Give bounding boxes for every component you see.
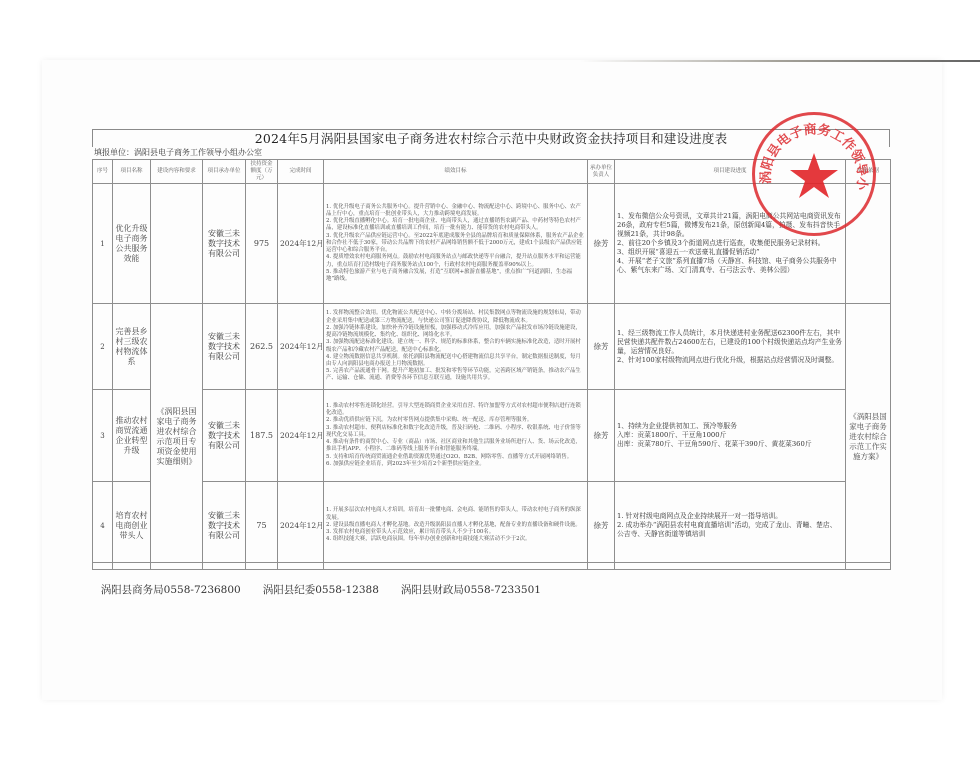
goal-item: 4. 提质增效农村电商服务网点。鼓励农村电商服务站点与邮政快递等平台融合，提升站… [326,254,585,268]
row-goals: 1. 推动农村零售连锁化经营。引导大型连锁商贸企业采用直营、特许加盟等方式对农村… [324,390,588,482]
goal-item: 4. 建立物流数据信息共享机制。依托涡阳县物流配送中心搭建物流信息共享平台，制定… [326,354,585,368]
table-row: 4培育农村电商创业带头人安徽三未数字技术有限公司752024年12月1. 开展多… [93,482,891,570]
header-goals: 绩效目标 [324,160,588,184]
progress-item: 1、发布微信公众号资讯，文章共计21篇，涡阳电商公共网站电商资讯发布26条，政府… [617,212,843,239]
progress-table: 序号 项目名称 建设内容和要求 项目承办单位 扶持资金额度（万元） 完成时间 绩… [92,159,891,570]
paper-fold-edge [580,60,980,62]
row-seq: 2 [93,304,113,390]
progress-item: 1、持续为企业提供初加工、预冷等服务 [617,422,843,431]
table-row: 3推动农村商贸流通企业转型升级安徽三未数字技术有限公司187.52024年12月… [93,390,891,482]
goal-item: 5. 推动特色旅游产业与电子商务融合发展，打造“互联网+旅游直播基地”，重点推广… [326,269,585,283]
row-goals: 1. 开展多层次农村电商人才培训。培育出一批懂电商、会电商、能销售的带头人，带动… [324,482,588,570]
progress-item: 4、开展“老子文旅”系列直播7场（天静宫、科技馆、电子商务公共服务中心、紫气东来… [617,257,843,275]
row-deadline: 2024年12月 [278,390,324,482]
row-project-name: 推动农村商贸流通企业转型升级 [113,390,151,482]
header-seq: 序号 [93,160,113,184]
document-title: 2024年5月涡阳县国家电子商务进农村综合示范中央财政资金扶持项目和建设进度表 [92,129,890,147]
goal-item: 1. 发挥物流整合效用。优化物流公共配送中心、中转分拨场站、村民集散网点等物流设… [326,310,585,324]
row-seq: 3 [93,390,113,482]
goal-item: 2. 优化升级直播孵化中心。培育一批电商企业、电商带头人，通过直播销售农副产品、… [326,218,585,232]
row-person: 徐芳 [588,184,615,304]
goal-item: 5. 完善农产品流通骨干网。提升产地初加工、批发和零售等环节功能，完善跨区域产销… [326,368,585,382]
row-progress: 1、经三级物流工作人员统计，本月快递进村业务配送62300件左右，其中民营快递共… [615,304,846,390]
goal-item: 1. 开展多层次农村电商人才培训。培育出一批懂电商、会电商、能销售的带头人，带动… [326,507,585,521]
row-unit: 安徽三未数字技术有限公司 [203,304,246,390]
row-deadline: 2024年12月 [278,482,324,570]
goal-item: 4. 推动有条件的商贸中心、专业（商品）市场、社区商业和其他生活服务业场所进行人… [326,439,585,453]
goal-item: 4. 组织技能大赛，活跃电商氛围。每年举办创业创新和电商技能大赛活动不少于2次。 [326,536,585,543]
row-requirement: 《涡阳县国家电子商务进农村综合示范项目专项资金使用实施细则》 [151,304,203,570]
row-project-name: 优化升级电子商务公共服务效能 [113,184,151,304]
goal-item: 1. 优化升级电子商务公共服务中心。提升营销中心、金融中心、物流配送中心、跨境中… [326,204,585,218]
table-header-row: 序号 项目名称 建设内容和要求 项目承办单位 扶持资金额度（万元） 完成时间 绩… [93,160,891,184]
row-goals: 1. 优化升级电子商务公共服务中心。提升营销中心、金融中心、物流配送中心、跨境中… [324,184,588,304]
row-project-name: 完善县乡村三级农村物流体系 [113,304,151,390]
goal-item: 3. 加强物流配送标准化建设。建立统一、科学、规范的标准体系，整合的车辆实施标准… [326,339,585,353]
header-requirement: 建设内容和要求 [151,160,203,184]
row-seq: 4 [93,482,113,570]
row-amount: 75 [246,482,278,570]
contact-discipline-commission: 涡阳县纪委0558-12388 [263,584,379,596]
row-amount: 262.5 [246,304,278,390]
row-deadline: 2024年12月 [278,184,324,304]
header-project-name: 项目名称 [113,160,151,184]
row-project-name: 培育农村电商创业带头人 [113,482,151,570]
row-progress: 1、发布微信公众号资讯，文章共计21篇，涡阳电商公共网站电商资讯发布26条，政府… [615,184,846,304]
row-seq: 1 [93,184,113,304]
header-progress: 项目建设进度 [615,160,846,184]
row-requirement-empty [151,184,203,304]
goal-item: 3. 优化升级农产品供应链运营中心。至2022年底建成服务全县的品牌培育和质量保… [326,233,585,255]
row-progress: 1、持续为企业提供初加工、预冷等服务入库：贡菜1800斤、干豆角1000斤出库：… [615,390,846,482]
goal-item: 2. 建设县级直播电商人才孵化基地。改造升级涡阳县直播人才孵化基地，配备专业的直… [326,522,585,529]
contact-commerce-bureau: 涡阳县商务局0558-7236800 [101,584,241,596]
contact-finance-bureau: 涡阳县财政局0558-7233501 [401,584,541,596]
goal-item: 1. 推动农村零售连锁化经营。引导大型连锁商贸企业采用直营、特许加盟等方式对农村… [326,403,585,417]
goal-item: 3. 推动农村超市、便利店标准化和数字化改造升级，普及扫码枪、二维码、小程序、收… [326,425,585,439]
progress-item: 2、针对100家村级物流网点进行优化升级，根据站点经营情况及时调整。 [617,356,843,365]
contact-footer: 涡阳县商务局0558-7236800涡阳县纪委0558-12388涡阳县财政局0… [92,562,890,580]
progress-item: 1、经三级物流工作人员统计，本月快递进村业务配送62300件左右，其中民营快递共… [617,329,843,356]
goal-item: 2. 推动优质供应链下沉。为农村零售网点提供集中采购、统一配送、库存管理等服务。 [326,417,585,424]
row-unit: 安徽三未数字技术有限公司 [203,184,246,304]
row-amount: 975 [246,184,278,304]
goal-item: 5. 支持和培育传统商贸流通企业借助资源优势通过O2O、B2B、网络零售、直播等… [326,454,585,461]
filling-unit: 填报单位：涡阳县电子商务工作领导小组办公室 [92,147,890,159]
row-person: 徐芳 [588,482,615,570]
row-basis-empty [846,184,891,304]
header-basis: 实施依据 [846,160,891,184]
row-unit: 安徽三未数字技术有限公司 [203,482,246,570]
table-row: 1优化升级电子商务公共服务效能安徽三未数字技术有限公司9752024年12月1.… [93,184,891,304]
row-unit: 安徽三未数字技术有限公司 [203,390,246,482]
row-person: 徐芳 [588,304,615,390]
header-deadline: 完成时间 [278,160,324,184]
goal-item: 2. 加强冷链体系建设。加快补齐冷链设施短板，加强移动式冷库应用，加强农产品批发… [326,325,585,339]
header-amount: 扶持资金额度（万元） [246,160,278,184]
progress-item: 1. 针对村级电商网点及企业持续展开一对一指导培训。 [617,512,843,521]
row-person: 徐芳 [588,390,615,482]
row-amount: 187.5 [246,390,278,482]
progress-item: 出库：贡菜780斤、干豆角590斤、花菜干390斤、黄花菜360斤 [617,440,843,449]
progress-item: 入库：贡菜1800斤、干豆角1000斤 [617,431,843,440]
row-deadline: 2024年12月 [278,304,324,390]
header-unit: 项目承办单位 [203,160,246,184]
progress-item: 2、前往20个乡镇及3个街道网点进行巡查，收集便民服务记录材料。 [617,239,843,248]
progress-item: 2. 成功举办“涡阳县农村电商直播培训”活动，完成了龙山、青疃、楚店、公吉寺、天… [617,521,843,539]
table-row: 2完善县乡村三级农村物流体系《涡阳县国家电子商务进农村综合示范项目专项资金使用实… [93,304,891,390]
row-basis: 《涡阳县国家电子商务进农村综合示范工作实施方案》 [846,304,891,570]
row-progress: 1. 针对村级电商网点及企业持续展开一对一指导培训。2. 成功举办“涡阳县农村电… [615,482,846,570]
progress-item: 3、组织开展“喜迎五一·欢送豪礼直播促销活动” [617,248,843,257]
row-goals: 1. 发挥物流整合效用。优化物流公共配送中心、中转分拨场站、村民集散网点等物流设… [324,304,588,390]
goal-item: 6. 加强供应链企业培育，到2023年至少培育2个新型供应链企业。 [326,461,585,468]
header-person: 承办单位负责人 [588,160,615,184]
